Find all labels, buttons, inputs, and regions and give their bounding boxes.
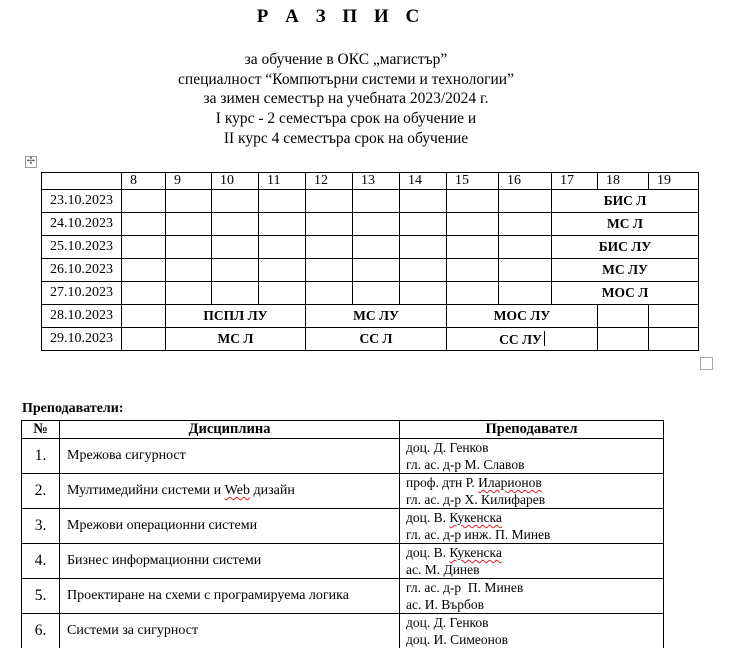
schedule-row: 27.10.2023 МОС Л [42,282,699,305]
corner-cell[interactable] [42,173,122,190]
teacher-name-text: проф. дтн Р. [406,475,478,490]
teacher-cell[interactable]: доц. В. Кукенскаас. М. Динев [400,544,664,579]
hour-header[interactable]: 11 [259,173,306,190]
teacher-name-text: доц. В. [406,545,449,560]
empty-cell[interactable] [598,305,649,328]
empty-cell[interactable] [122,190,166,213]
hour-header[interactable]: 17 [552,173,598,190]
teacher-row: 4. Бизнес информационни системи доц. В. … [22,544,664,579]
schedule-header-row: 8 9 10 11 12 13 14 15 16 17 18 19 [42,173,699,190]
spellcheck-word[interactable]: Иларионов [478,475,542,490]
empty-cell[interactable] [400,190,447,213]
date-cell[interactable]: 24.10.2023 [42,213,122,236]
empty-cell[interactable] [499,213,552,236]
discipline-cell[interactable]: Бизнес информационни системи [60,544,400,579]
empty-cell[interactable] [122,282,166,305]
teachers-label: Преподаватели: [22,401,124,417]
spellcheck-word[interactable]: Кукенска [449,545,502,560]
discipline-cell[interactable]: Мрежови операционни системи [60,509,400,544]
empty-cell[interactable] [447,190,499,213]
date-cell[interactable]: 26.10.2023 [42,259,122,282]
empty-cell[interactable] [212,282,259,305]
empty-cell[interactable] [122,236,166,259]
schedule-table: 8 9 10 11 12 13 14 15 16 17 18 19 23.10.… [41,172,699,351]
empty-cell[interactable] [259,213,306,236]
row-number[interactable]: 5. [22,579,60,614]
teacher-cell[interactable]: гл. ас. д-р П. Миневас. И. Върбов [400,579,664,614]
empty-cell[interactable] [499,259,552,282]
empty-cell[interactable] [400,236,447,259]
empty-cell[interactable] [353,190,400,213]
empty-cell[interactable] [122,328,166,351]
teacher-row: 3. Мрежови операционни системи доц. В. К… [22,509,664,544]
empty-cell[interactable] [166,190,212,213]
empty-cell[interactable] [212,236,259,259]
empty-cell[interactable] [259,259,306,282]
row-number[interactable]: 1. [22,439,60,474]
subtitle-course-2: II курс 4 семестъра срок на обучение [0,129,692,149]
teachers-table: № Дисциплина Преподавател 1. Мрежова сиг… [21,420,664,648]
empty-cell[interactable] [122,305,166,328]
class-cell[interactable]: МС ЛУ [306,305,447,328]
table-resize-handle[interactable] [700,357,713,370]
teacher-cell[interactable]: доц. В. Кукенскагл. ас. д-р инж. П. Мине… [400,509,664,544]
empty-cell[interactable] [353,213,400,236]
spellcheck-word[interactable]: Web [225,483,250,498]
teacher-name-text: доц. В. [406,510,449,525]
column-header-number[interactable]: № [22,421,60,439]
teacher-name: гл. ас. д-р Х. Килифарев [406,491,663,508]
empty-cell[interactable] [499,282,552,305]
class-cell[interactable]: БИС ЛУ [552,236,699,259]
subtitle-specialty: специалност “Компютърни системи и технол… [0,70,692,90]
class-cell[interactable]: ПСПЛ ЛУ [166,305,306,328]
teacher-name: доц. И. Симеонов [406,631,663,648]
class-cell[interactable]: МОС Л [552,282,699,305]
teacher-cell[interactable]: проф. дтн Р. Иларионовгл. ас. д-р Х. Кил… [400,474,664,509]
teacher-row: 2. Мултимедийни системи и Web дизайн про… [22,474,664,509]
empty-cell[interactable] [122,259,166,282]
empty-cell[interactable] [353,236,400,259]
subtitle-degree: за обучение в ОКС „магистър” [0,50,692,70]
empty-cell[interactable] [400,213,447,236]
teacher-row: 6. Системи за сигурност доц. Д. Генковдо… [22,614,664,648]
schedule-row: 24.10.2023 МС Л [42,213,699,236]
discipline-cell[interactable]: Мултимедийни системи и Web дизайн [60,474,400,509]
class-cell-text: СС ЛУ [499,332,542,347]
empty-cell[interactable] [400,259,447,282]
empty-cell[interactable] [447,259,499,282]
empty-cell[interactable] [353,282,400,305]
empty-cell[interactable] [400,282,447,305]
date-cell[interactable]: 27.10.2023 [42,282,122,305]
empty-cell[interactable] [649,328,699,351]
schedule-row: 26.10.2023 МС ЛУ [42,259,699,282]
empty-cell[interactable] [306,282,353,305]
row-number[interactable]: 3. [22,509,60,544]
table-move-handle-icon[interactable]: ✢ [25,156,37,168]
document-title: Р А З П И С [0,6,682,28]
empty-cell[interactable] [259,236,306,259]
empty-cell[interactable] [499,190,552,213]
teacher-cell[interactable]: доц. Д. Генковдоц. И. Симеонов [400,614,664,648]
class-cell[interactable]: БИС Л [552,190,699,213]
teacher-name: гл. ас. д-р инж. П. Минев [406,526,663,543]
teacher-row: 1. Мрежова сигурност доц. Д. Генковгл. а… [22,439,664,474]
hour-header[interactable]: 18 [598,173,649,190]
row-number[interactable]: 2. [22,474,60,509]
teacher-name: гл. ас. д-р П. Минев [406,579,663,596]
date-cell[interactable]: 25.10.2023 [42,236,122,259]
empty-cell[interactable] [259,190,306,213]
class-cell[interactable]: МС Л [166,328,306,351]
discipline-text: дизайн [250,483,295,498]
date-cell[interactable]: 28.10.2023 [42,305,122,328]
hour-header[interactable]: 8 [122,173,166,190]
discipline-cell[interactable]: Проектиране на схеми с програмируема лог… [60,579,400,614]
class-cell[interactable]: МС Л [552,213,699,236]
teachers-header-row: № Дисциплина Преподавател [22,421,664,439]
empty-cell[interactable] [259,282,306,305]
text-cursor [544,331,545,346]
teacher-name: доц. Д. Генков [406,439,663,456]
hour-header[interactable]: 12 [306,173,353,190]
hour-header[interactable]: 15 [447,173,499,190]
empty-cell[interactable] [353,259,400,282]
class-cell[interactable]: МОС ЛУ [447,305,598,328]
teacher-name: доц. В. Кукенска [406,509,663,526]
schedule-row: 25.10.2023 БИС ЛУ [42,236,699,259]
schedule-row: 29.10.2023 МС Л СС Л СС ЛУ [42,328,699,351]
teacher-row: 5. Проектиране на схеми с програмируема … [22,579,664,614]
hour-header[interactable]: 10 [212,173,259,190]
hour-header[interactable]: 16 [499,173,552,190]
empty-cell[interactable] [499,236,552,259]
empty-cell[interactable] [306,236,353,259]
discipline-text: Мултимедийни системи и [67,483,225,498]
teacher-name: проф. дтн Р. Иларионов [406,474,663,491]
empty-cell[interactable] [166,259,212,282]
empty-cell[interactable] [166,236,212,259]
class-cell[interactable]: СС Л [306,328,447,351]
class-cell[interactable]: МС ЛУ [552,259,699,282]
row-number[interactable]: 6. [22,614,60,648]
teacher-name: доц. Д. Генков [406,614,663,631]
subtitle-semester: за зимен семестър на учебната 2023/2024 … [0,89,692,109]
empty-cell[interactable] [212,213,259,236]
discipline-cell[interactable]: Мрежова сигурност [60,439,400,474]
empty-cell[interactable] [447,213,499,236]
row-number[interactable]: 4. [22,544,60,579]
empty-cell[interactable] [212,190,259,213]
date-cell[interactable]: 29.10.2023 [42,328,122,351]
hour-header[interactable]: 14 [400,173,447,190]
teacher-name: доц. В. Кукенска [406,544,663,561]
empty-cell[interactable] [598,328,649,351]
hour-header[interactable]: 13 [353,173,400,190]
spellcheck-word[interactable]: Кукенска [449,510,502,525]
empty-cell[interactable] [166,213,212,236]
subtitle-course-1: I курс - 2 семестъра срок на обучение и [0,109,692,129]
empty-cell[interactable] [649,305,699,328]
empty-cell[interactable] [122,213,166,236]
column-header-discipline[interactable]: Дисциплина [60,421,400,439]
date-cell[interactable]: 23.10.2023 [42,190,122,213]
teacher-name: ас. М. Динев [406,561,663,578]
hour-header[interactable]: 19 [649,173,699,190]
empty-cell[interactable] [306,190,353,213]
teacher-name: гл. ас. д-р М. Славов [406,456,663,473]
empty-cell[interactable] [306,259,353,282]
empty-cell[interactable] [166,282,212,305]
teacher-cell[interactable]: доц. Д. Генковгл. ас. д-р М. Славов [400,439,664,474]
empty-cell[interactable] [447,282,499,305]
empty-cell[interactable] [306,213,353,236]
schedule-row: 28.10.2023 ПСПЛ ЛУ МС ЛУ МОС ЛУ [42,305,699,328]
hour-header[interactable]: 9 [166,173,212,190]
class-cell-with-cursor[interactable]: СС ЛУ [447,328,598,351]
teacher-name: ас. И. Върбов [406,596,663,613]
discipline-cell[interactable]: Системи за сигурност [60,614,400,648]
empty-cell[interactable] [447,236,499,259]
schedule-row: 23.10.2023 БИС Л [42,190,699,213]
column-header-teacher[interactable]: Преподавател [400,421,664,439]
empty-cell[interactable] [212,259,259,282]
